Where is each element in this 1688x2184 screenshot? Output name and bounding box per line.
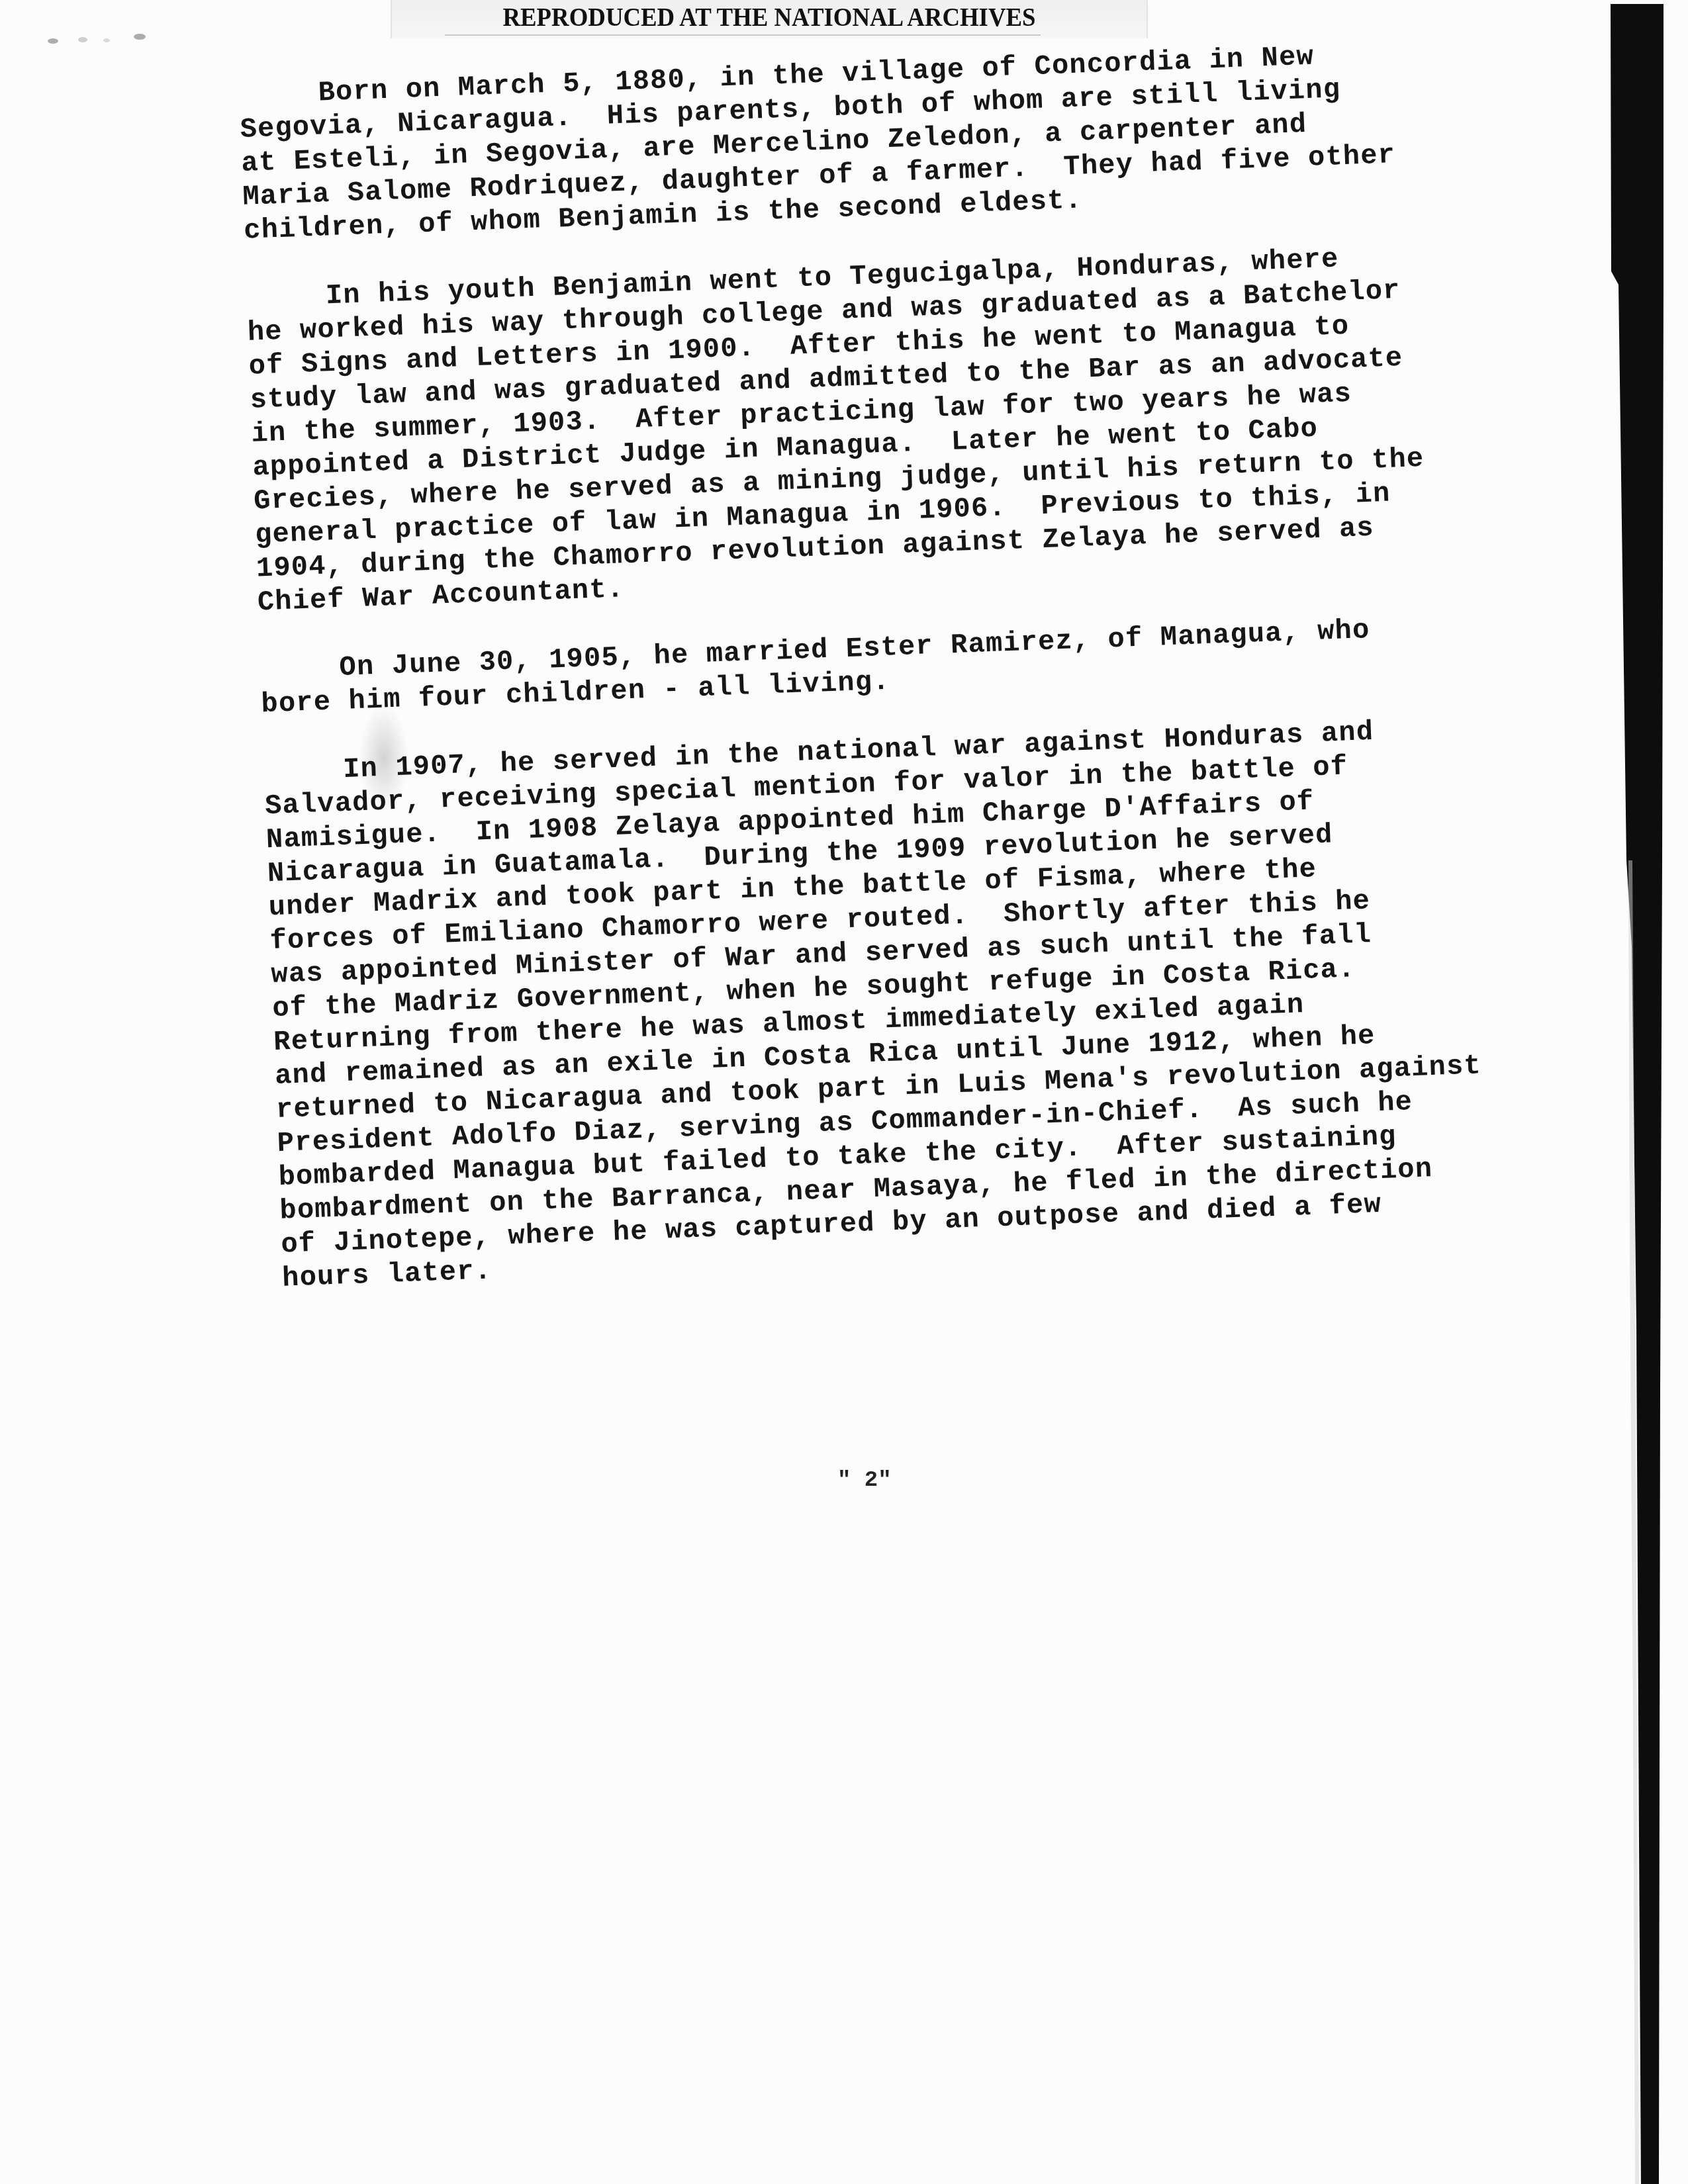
scanned-document-page: REPRODUCED AT THE NATIONAL ARCHIVES Born… [0, 0, 1688, 2184]
stamp-underline [445, 34, 1041, 36]
paragraph: In his youth Benjamin went to Tegucigalp… [246, 240, 1423, 619]
binding-strip [1595, 0, 1688, 2184]
smudge-mark [78, 37, 87, 42]
paragraph: On June 30, 1905, he married Ester Ramir… [259, 612, 1427, 721]
archives-stamp-text: REPRODUCED AT THE NATIONAL ARCHIVES [422, 1, 1117, 32]
paragraph: Born on March 5, 1880, in the village of… [238, 37, 1409, 248]
smudge-mark [134, 34, 146, 40]
archives-stamp: REPRODUCED AT THE NATIONAL ARCHIVES [391, 0, 1148, 38]
paragraph: In 1907, he served in the national war a… [263, 713, 1447, 1296]
page-number-mark: " 2" [837, 1468, 892, 1493]
typed-text-body: Born on March 5, 1880, in the village of… [238, 37, 1448, 1330]
smudge-mark [103, 38, 110, 42]
smudge-mark [48, 38, 58, 44]
